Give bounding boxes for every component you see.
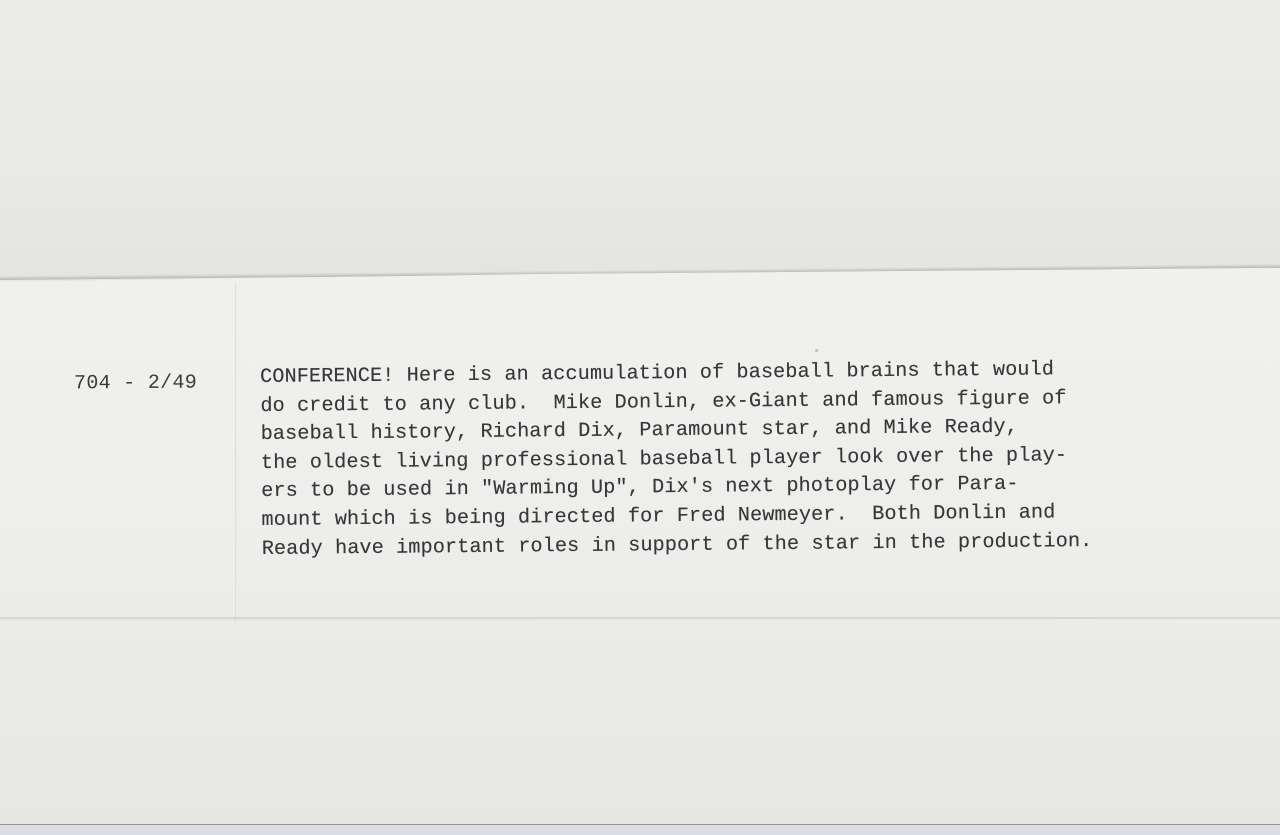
backing-bottom-edge [0, 824, 1280, 835]
caption-text-block: CONFERENCE! Here is an accumulation of b… [260, 355, 1242, 565]
caption-id-number: 704 - 2/49 [74, 372, 197, 396]
caption-strip-edge [0, 617, 1280, 620]
paper-fold-crease [235, 282, 237, 622]
paper-speck [815, 349, 818, 352]
photo-backing-bottom [0, 620, 1280, 825]
photo-backing-top [0, 0, 1280, 280]
